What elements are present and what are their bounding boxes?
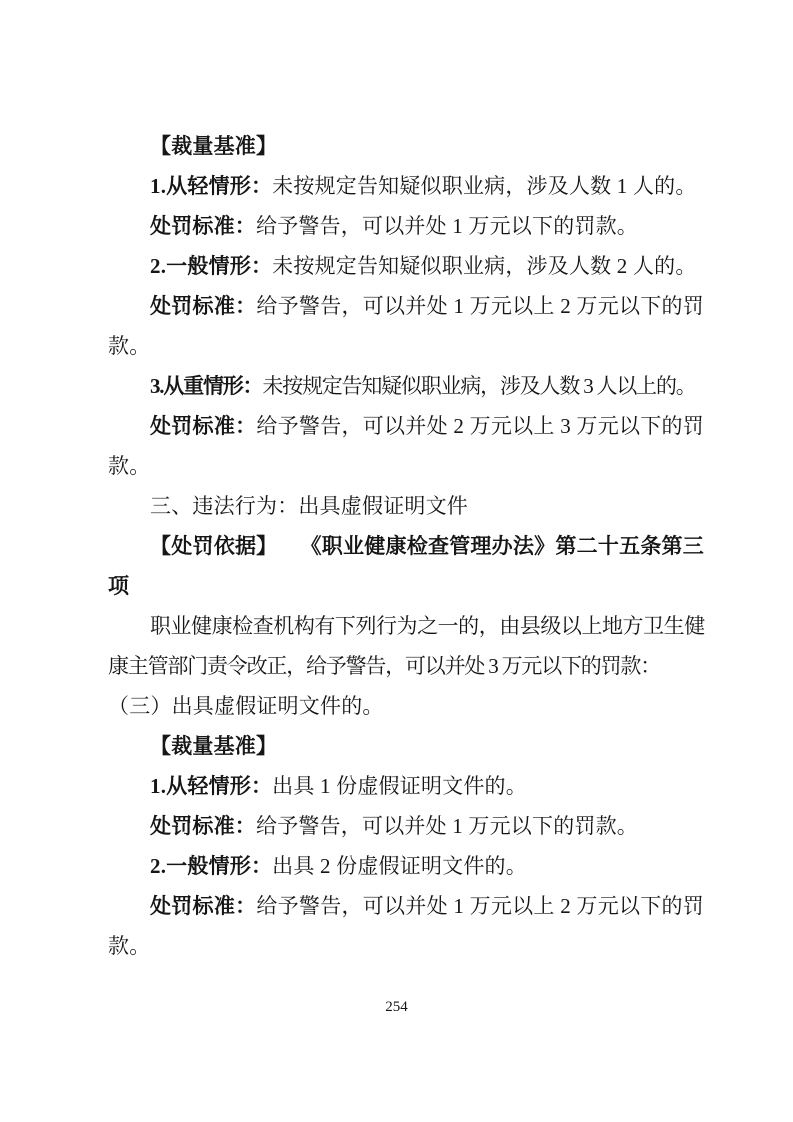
paragraph-general-case: 2.一般情形：未按规定告知疑似职业病，涉及人数 2 人的。 [108,246,704,286]
section-heading-discretion-basis: 【裁量基准】 [108,726,704,766]
paragraph-text: 出具 2 份虚假证明文件的。 [272,854,527,878]
paragraph-lead: 处罚标准： [150,814,256,838]
document-text-block: 【裁量基准】 1.从轻情形：未按规定告知疑似职业病，涉及人数 1 人的。 处罚标… [108,126,704,966]
paragraph-lead: 1.从轻情形： [150,774,272,798]
paragraph-lead: 1.从轻情形： [150,174,272,198]
page-number: 254 [0,996,793,1018]
paragraph-lenient-case: 1.从轻情形：未按规定告知疑似职业病，涉及人数 1 人的。 [108,166,704,206]
paragraph-penalty-standard: 处罚标准：给予警告，可以并处 1 万元以下的罚款。 [108,206,704,246]
paragraph-lead: 【处罚依据】 [150,534,277,558]
paragraph-statute-item-3: （三）出具虚假证明文件的。 [108,686,704,726]
paragraph-lead: 处罚标准： [150,214,256,238]
paragraph-penalty-standard: 处罚标准：给予警告，可以并处 1 万元以下的罚款。 [108,806,704,846]
paragraph-lead: 2.一般情形： [150,254,272,278]
paragraph-text: 未按规定告知疑似职业病，涉及人数 1 人的。 [272,174,696,198]
paragraph-lead: 2.一般情形： [150,854,272,878]
paragraph-text: （三）出具虚假证明文件的。 [108,694,384,718]
paragraph-text: 未按规定告知疑似职业病，涉及人数 2 人的。 [272,254,696,278]
paragraph-lenient-case: 1.从轻情形：出具 1 份虚假证明文件的。 [108,766,704,806]
paragraph-penalty-standard: 处罚标准：给予警告，可以并处 2 万元以上 3 万元以下的罚款。 [108,406,704,486]
section-heading-illegal-act-3: 三、违法行为：出具虚假证明文件 [108,486,704,526]
paragraph-text: 职业健康检查机构有下列行为之一的，由县级以上地方卫生健康主管部门责令改正，给予警… [108,614,704,678]
heading-label: 【裁量基准】 [150,134,277,158]
paragraph-general-case: 2.一般情形：出具 2 份虚假证明文件的。 [108,846,704,886]
section-heading-discretion-basis: 【裁量基准】 [108,126,704,166]
paragraph-lead: 处罚标准： [150,894,256,918]
paragraph-penalty-basis: 【处罚依据】《职业健康检查管理办法》第二十五条第三项 [108,526,704,606]
paragraph-text: 未按规定告知疑似职业病，涉及人数 3 人以上的。 [262,374,695,398]
paragraph-lead: 处罚标准： [150,414,256,438]
paragraph-penalty-standard: 处罚标准：给予警告，可以并处 1 万元以上 2 万元以下的罚款。 [108,286,704,366]
heading-text: 三、违法行为：出具虚假证明文件 [150,494,468,518]
heading-label: 【裁量基准】 [150,734,277,758]
paragraph-severe-case: 3.从重情形：未按规定告知疑似职业病，涉及人数 3 人以上的。 [108,366,704,406]
paragraph-text: 给予警告，可以并处 1 万元以下的罚款。 [256,814,638,838]
paragraph-text: 出具 1 份虚假证明文件的。 [272,774,527,798]
paragraph-text: 给予警告，可以并处 1 万元以下的罚款。 [256,214,638,238]
paragraph-lead: 处罚标准： [150,294,256,318]
paragraph-lead: 3.从重情形： [150,374,262,398]
paragraph-penalty-standard: 处罚标准：给予警告，可以并处 1 万元以上 2 万元以下的罚款。 [108,886,704,966]
paragraph-statute-text: 职业健康检查机构有下列行为之一的，由县级以上地方卫生健康主管部门责令改正，给予警… [108,606,704,686]
